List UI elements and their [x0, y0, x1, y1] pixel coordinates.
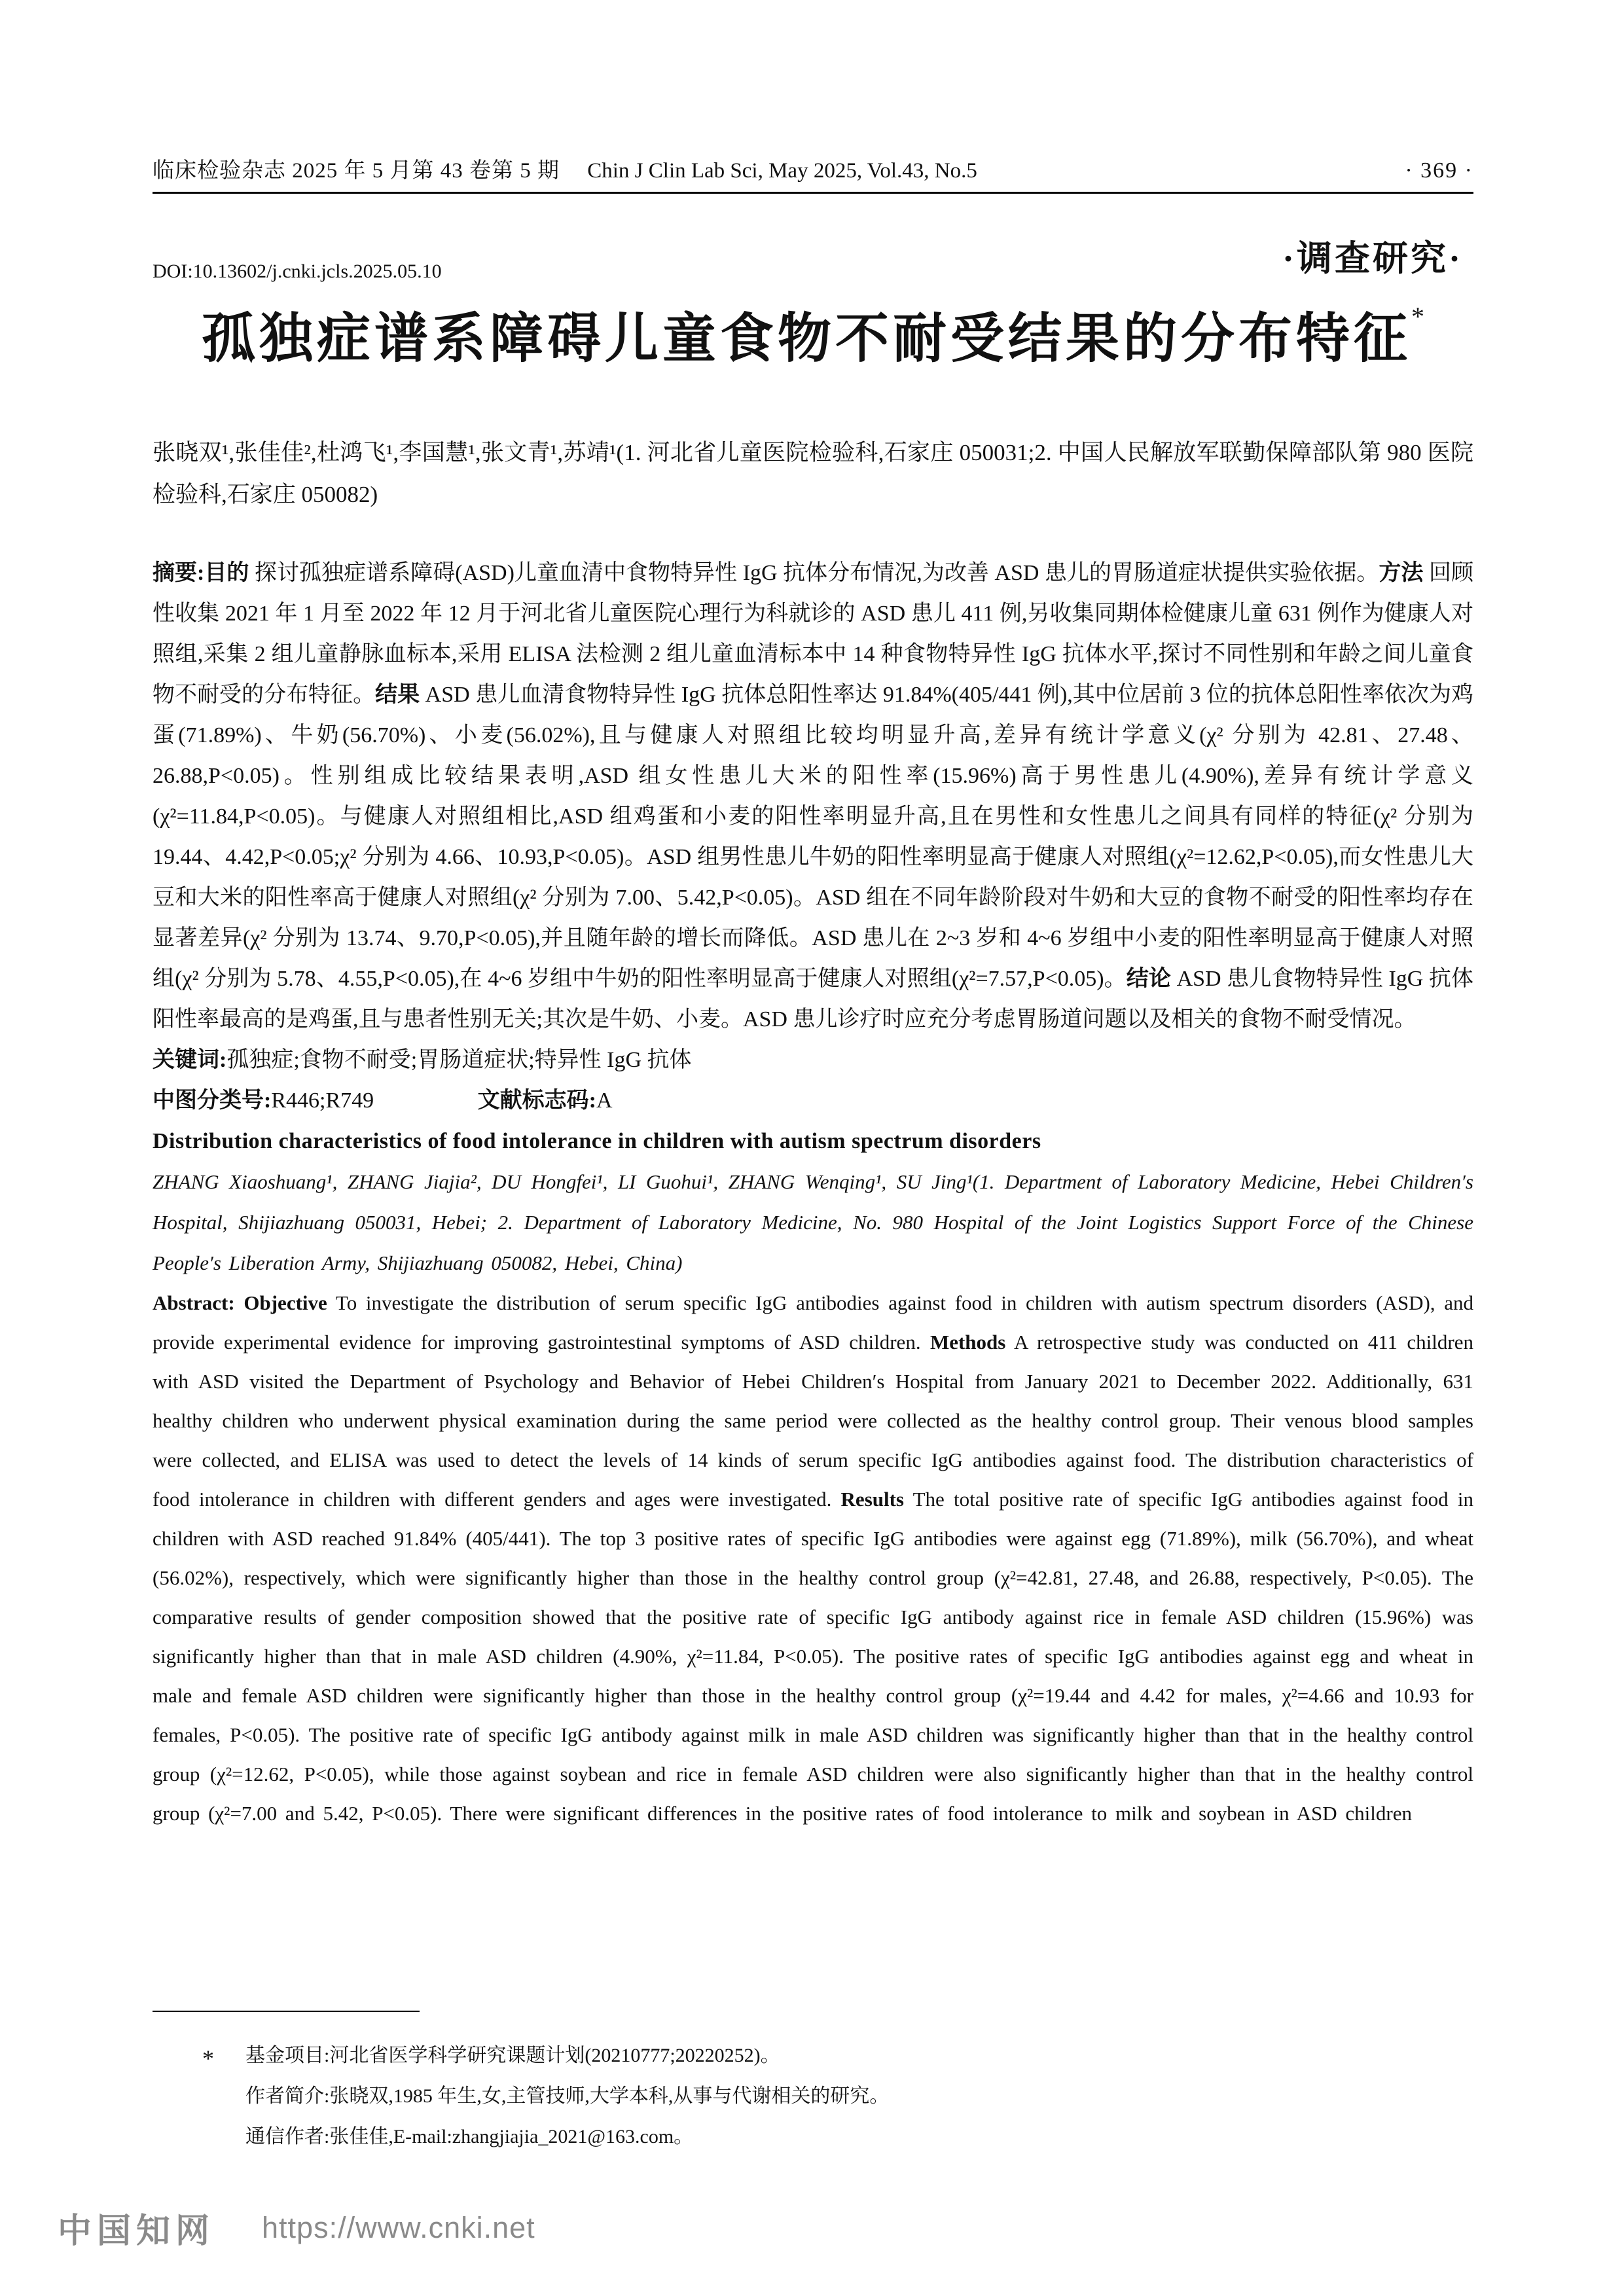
article-title: 孤独症谱系障碍儿童食物不耐受结果的分布特征*: [153, 296, 1473, 372]
clc-label: 中图分类号:: [153, 1088, 271, 1113]
article-title-en: Distribution characteristics of food int…: [153, 1121, 1473, 1162]
corresponding-author-line: 通信作者:张佳佳,E-mail:zhangjiajia_2021@163.com…: [245, 2117, 1473, 2157]
abstract-en: Abstract: Objective To investigate the d…: [153, 1283, 1473, 1833]
column-tag: ·调查研究·: [1282, 230, 1463, 281]
footnote-divider: [153, 2011, 420, 2012]
page-header: 临床检验杂志 2025 年 5 月第 43 卷第 5 期 Chin J Clin…: [153, 153, 1473, 184]
footnote-marker: *: [202, 2038, 214, 2079]
article-title-text: 孤独症谱系障碍儿童食物不耐受结果的分布特征: [202, 309, 1411, 368]
journal-info: 临床检验杂志 2025 年 5 月第 43 卷第 5 期 Chin J Clin…: [153, 153, 977, 184]
authors-affiliations-en: ZHANG Xiaoshuang¹, ZHANG Jiajia², DU Hon…: [153, 1162, 1473, 1283]
doc-code-label: 文献标志码:: [478, 1088, 596, 1113]
page-number: · 369 ·: [1405, 158, 1473, 183]
cnki-url: https://www.cnki.net: [262, 2211, 535, 2245]
journal-title-cn: 临床检验杂志 2025 年 5 月第 43 卷第 5 期: [153, 159, 560, 183]
header-divider: [153, 192, 1473, 194]
keywords-line: 关键词:孤独症;食物不耐受;胃肠道症状;特异性 IgG 抗体: [153, 1040, 1473, 1081]
doi: DOI:10.13602/j.cnki.jcls.2025.05.10: [153, 260, 442, 283]
footnote-lines: 基金项目:河北省医学科学研究课题计划(20210777;20220252)。 作…: [245, 2036, 1473, 2157]
journal-page: 临床检验杂志 2025 年 5 月第 43 卷第 5 期 Chin J Clin…: [0, 0, 1624, 2296]
article-body: 摘要:目的 探讨孤独症谱系障碍(ASD)儿童血清中食物特异性 IgG 抗体分布情…: [153, 553, 1473, 1833]
doc-code-value: A: [596, 1088, 613, 1113]
clc-line: 中图分类号:R446;R749 文献标志码:A: [153, 1081, 1473, 1121]
fund-project-line: 基金项目:河北省医学科学研究课题计划(20210777;20220252)。: [245, 2036, 1473, 2076]
title-footnote-marker: *: [1411, 302, 1424, 331]
cnki-watermark: 中国知网 https://www.cnki.net: [58, 2203, 535, 2252]
authors-affiliations-cn: 张晓双¹,张佳佳²,杜鸿飞¹,李国慧¹,张文青¹,苏靖¹(1. 河北省儿童医院检…: [153, 432, 1473, 516]
author-bio-line: 作者简介:张晓双,1985 年生,女,主管技师,大学本科,从事与代谢相关的研究。: [245, 2076, 1473, 2117]
cnki-logo-text: 中国知网: [58, 2203, 215, 2252]
journal-title-en: Chin J Clin Lab Sci, May 2025, Vol.43, N…: [587, 159, 977, 183]
footnote: * 基金项目:河北省医学科学研究课题计划(20210777;20220252)。…: [153, 2036, 1473, 2157]
abstract-cn: 摘要:目的 探讨孤独症谱系障碍(ASD)儿童血清中食物特异性 IgG 抗体分布情…: [153, 553, 1473, 1040]
clc-value: R446;R749: [271, 1088, 374, 1113]
